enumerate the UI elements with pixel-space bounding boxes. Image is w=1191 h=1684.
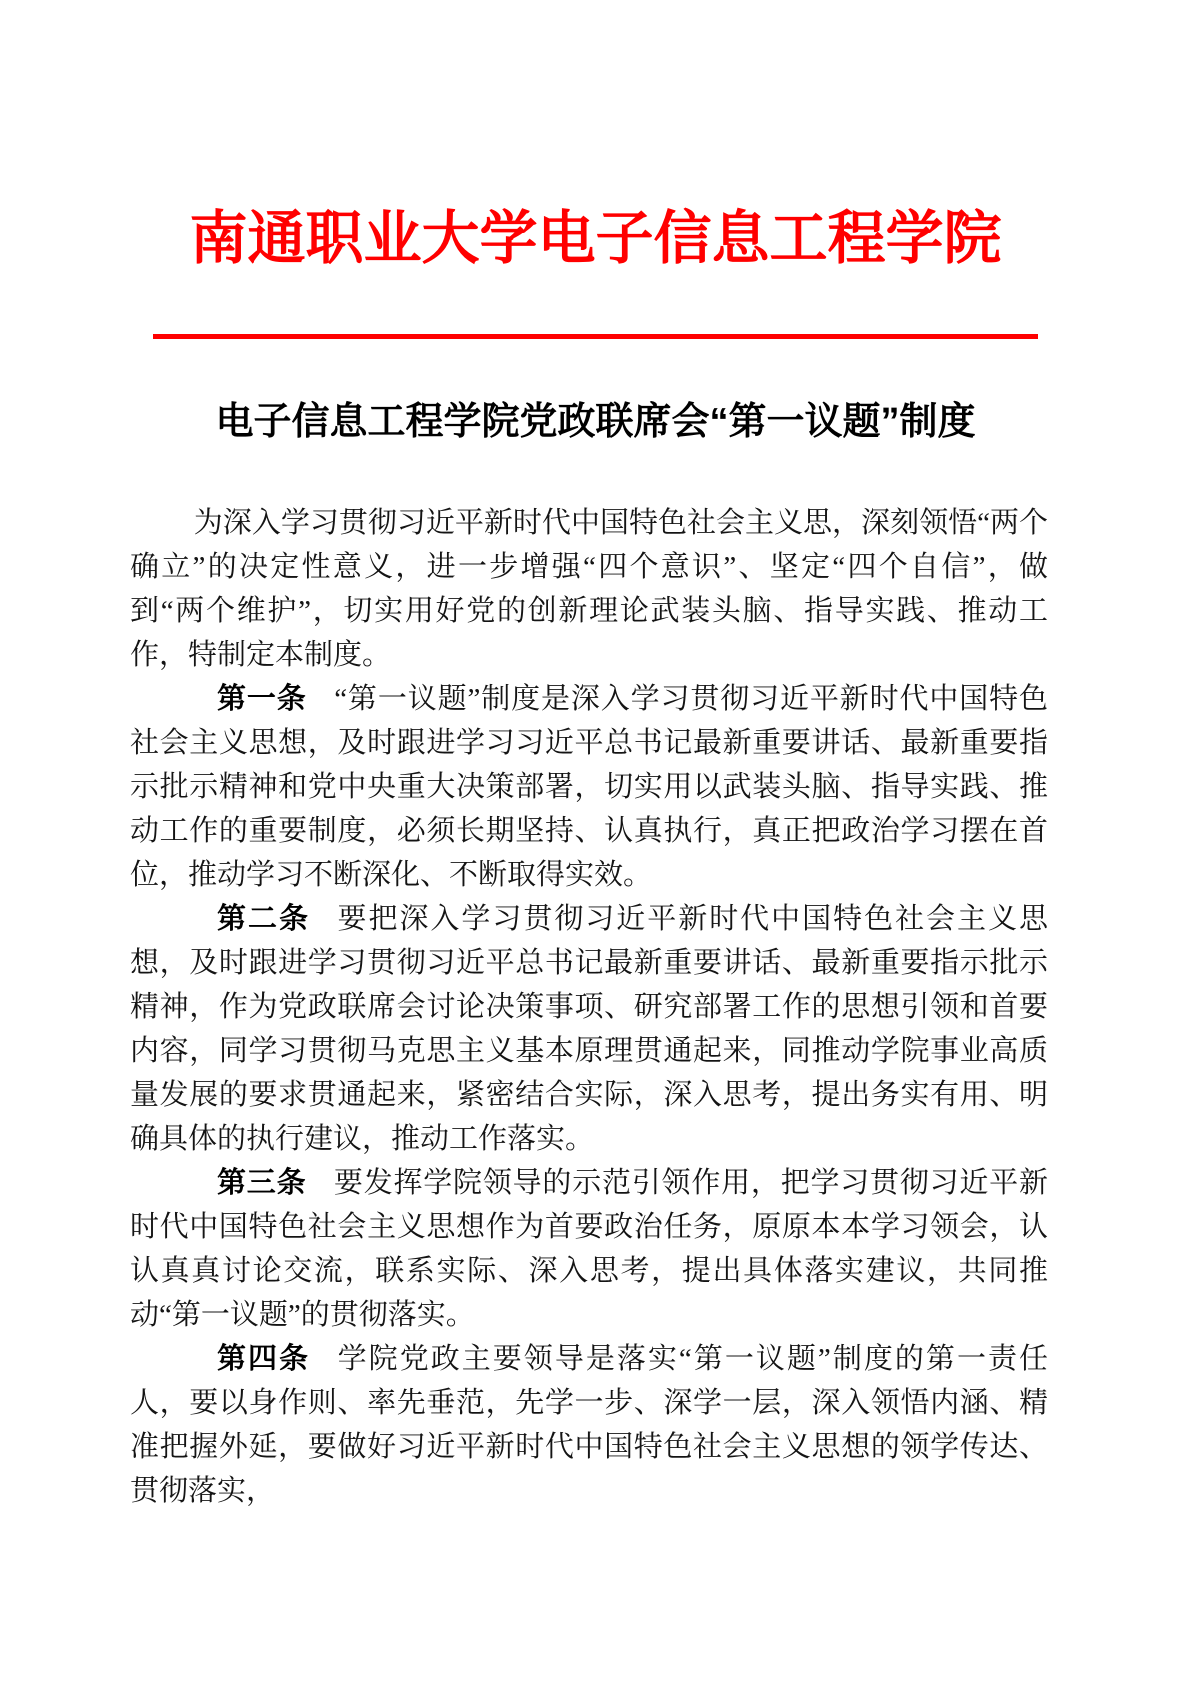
article-4-label: 第四条 <box>217 1343 310 1375</box>
paragraph-text: 为深入学习贯彻习近平新时代中国特色社会主义思，深刻领悟“两个确立”的决定性意义，… <box>130 507 1048 671</box>
paragraph-article-4: 第四条学院党政主要领导是落实“第一议题”制度的第一责任人，要以身作则、率先垂范，… <box>130 1337 1048 1513</box>
letterhead-title: 南通职业大学电子信息工程学院 <box>0 209 1191 269</box>
paragraph-intro: 为深入学习贯彻习近平新时代中国特色社会主义思，深刻领悟“两个确立”的决定性意义，… <box>130 501 1048 677</box>
article-2-text: 要把深入学习贯彻习近平新时代中国特色社会主义思想，及时跟进学习贯彻习近平总书记最… <box>130 903 1048 1155</box>
paragraph-article-1: 第一条“第一议题”制度是深入学习贯彻习近平新时代中国特色社会主义思想，及时跟进学… <box>130 677 1048 897</box>
document-body: 为深入学习贯彻习近平新时代中国特色社会主义思，深刻领悟“两个确立”的决定性意义，… <box>130 501 1048 1513</box>
paragraph-article-2: 第二条要把深入学习贯彻习近平新时代中国特色社会主义思想，及时跟进学习贯彻习近平总… <box>130 897 1048 1161</box>
article-1-label: 第一条 <box>217 683 307 715</box>
document-title: 电子信息工程学院党政联席会“第一议题”制度 <box>0 399 1191 445</box>
article-2-label: 第二条 <box>217 903 310 935</box>
document-page: 南通职业大学电子信息工程学院 电子信息工程学院党政联席会“第一议题”制度 为深入… <box>0 0 1191 1684</box>
article-3-label: 第三条 <box>217 1167 306 1199</box>
letterhead-divider <box>153 334 1038 339</box>
paragraph-article-3: 第三条要发挥学院领导的示范引领作用，把学习贯彻习近平新时代中国特色社会主义思想作… <box>130 1161 1048 1337</box>
